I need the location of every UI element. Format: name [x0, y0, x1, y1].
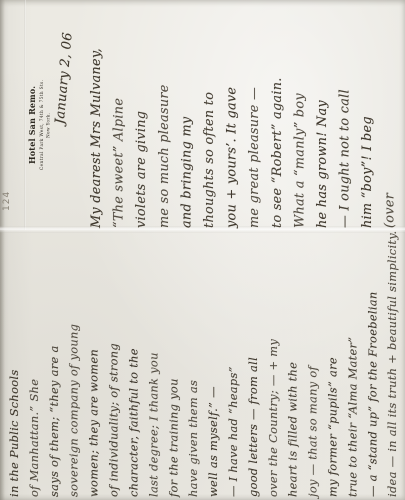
letter-line: women; they are women	[85, 233, 105, 497]
letter-body-lower: in the Public Schoolsof Manhattan.” Shes…	[5, 233, 403, 497]
letter-line: he has grown! Nay	[312, 6, 335, 228]
letter-line: good letters — from all	[244, 233, 264, 497]
letter-line: idea — in all its truth + beautiful simp…	[383, 233, 403, 497]
letter-line: have given them as	[184, 233, 204, 497]
letter-scan: Hotel San Remo. Central Park West, 74th …	[0, 0, 405, 500]
letter-line: character, faithful to the	[124, 233, 144, 497]
letter-line: thoughts so often to	[199, 6, 222, 228]
letter-line: to see “Robert” again.	[267, 6, 290, 228]
letter-line: you + yours’. It gave	[222, 6, 245, 228]
letter-line: says of them; “they are a	[45, 233, 65, 497]
letter-line: sovereign company of young	[65, 233, 85, 497]
letter-line: — I have had “heaps”	[224, 233, 244, 497]
letter-line: joy — that so many of	[304, 233, 324, 497]
letterhead-city: New York.	[46, 76, 53, 174]
letter-line: in the Public Schools	[5, 233, 25, 497]
letter-line: over the Country; — + my	[264, 233, 284, 497]
letter-line: last degree; I thank you	[144, 233, 164, 497]
letter-line: and bringing my	[176, 6, 199, 228]
letter-line: for the training you	[164, 233, 184, 497]
letterhead-hotel-name: Hotel San Remo.	[25, 76, 39, 174]
page-number-annotation: 124	[2, 183, 17, 211]
letter-line: true to their “Alma Mater”	[343, 233, 363, 497]
letter-line: my former “pupils” are	[324, 233, 344, 497]
letter-line: of Manhattan.” She	[25, 233, 45, 497]
letter-line: violets are giving	[131, 6, 154, 228]
letter-line: me so much pleasure	[154, 6, 177, 228]
letter-line: — a “stand up” for the Froebelian	[363, 233, 383, 497]
letter-line: of individuality; of strong	[105, 233, 125, 497]
letter-line: well as myself.” —	[204, 233, 224, 497]
letter-line: me great pleasure —	[244, 6, 267, 228]
letter-line: — I ought not to call	[335, 6, 358, 228]
letter-line: What a “manly” boy	[289, 6, 312, 228]
letter-line: (over	[380, 6, 403, 228]
letter-body-upper: My dearest Mrs Mulvaney,“The sweet” Alpi…	[86, 6, 402, 228]
letter-line: heart is filled with the	[284, 233, 304, 497]
letter-line: him “boy”! I beg	[357, 6, 380, 228]
letter-line: My dearest Mrs Mulvaney,	[86, 6, 109, 228]
letter-line: “The sweet” Alpine	[109, 6, 132, 228]
